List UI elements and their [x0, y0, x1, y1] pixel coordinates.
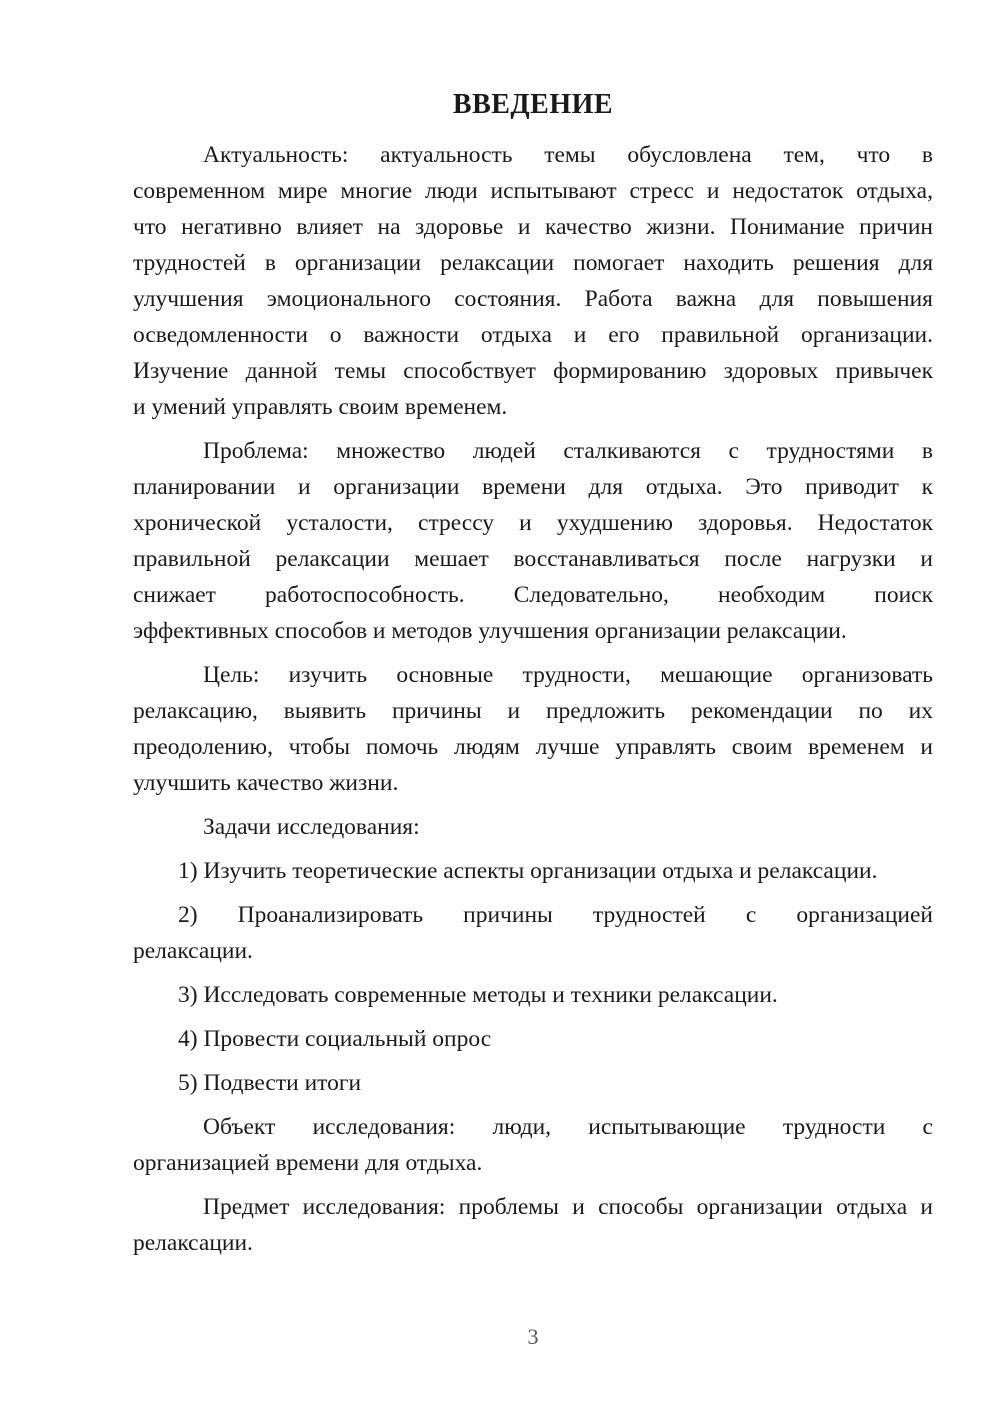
text-line: 4) Провести социальный опрос: [133, 1021, 933, 1057]
paragraph-task-3: 3) Исследовать современные методы и техн…: [133, 977, 933, 1013]
paragraph-object: Объект исследования: люди, испытывающие …: [133, 1109, 933, 1181]
paragraph-actuality: Актуальность: актуальность темы обусловл…: [133, 137, 933, 425]
text-line: 3) Исследовать современные методы и техн…: [133, 977, 933, 1013]
text-line: 5) Подвести итоги: [133, 1065, 933, 1101]
text-line: улучшить качество жизни.: [133, 765, 933, 801]
text-line: улучшения эмоционального состояния. Рабо…: [133, 281, 933, 317]
text-line: преодолению, чтобы помочь людям лучше уп…: [133, 729, 933, 765]
text-line: релаксации.: [133, 1225, 933, 1261]
paragraph-subject: Предмет исследования: проблемы и способы…: [133, 1189, 933, 1261]
text-line: Предмет исследования: проблемы и способы…: [133, 1189, 933, 1225]
page-footer: 3: [133, 1322, 933, 1352]
text-line: 1) Изучить теоретические аспекты организ…: [133, 853, 933, 889]
text-line: хронической усталости, стрессу и ухудшен…: [133, 505, 933, 541]
text-line: Цель: изучить основные трудности, мешающ…: [133, 657, 933, 693]
text-line: правильной релаксации мешает восстанавли…: [133, 541, 933, 577]
text-line: снижает работоспособность. Следовательно…: [133, 577, 933, 613]
text-line: организацией времени для отдыха.: [133, 1145, 933, 1181]
paragraph-task-2: 2) Проанализировать причины трудностей с…: [133, 897, 933, 969]
text-line: трудностей в организации релаксации помо…: [133, 245, 933, 281]
paragraph-task-1: 1) Изучить теоретические аспекты организ…: [133, 853, 933, 889]
paragraph-tasks-heading: Задачи исследования:: [133, 809, 933, 845]
text-line: Изучение данной темы способствует формир…: [133, 353, 933, 389]
paragraph-problem: Проблема: множество людей сталкиваются с…: [133, 433, 933, 649]
text-line: осведомленности о важности отдыха и его …: [133, 317, 933, 353]
paragraph-task-5: 5) Подвести итоги: [133, 1065, 933, 1101]
text-line: современном мире многие люди испытывают …: [133, 173, 933, 209]
text-line: 2) Проанализировать причины трудностей с…: [133, 897, 933, 933]
text-line: Проблема: множество людей сталкиваются с…: [133, 433, 933, 469]
document-content: ВВЕДЕНИЕ Актуальность: актуальность темы…: [133, 85, 933, 1269]
text-line: и умений управлять своим временем.: [133, 389, 933, 425]
text-line: Задачи исследования:: [133, 809, 933, 845]
text-line: релаксации.: [133, 933, 933, 969]
page-number: 3: [528, 1324, 539, 1349]
text-line: релаксацию, выявить причины и предложить…: [133, 693, 933, 729]
text-line: планировании и организации времени для о…: [133, 469, 933, 505]
document-body: Актуальность: актуальность темы обусловл…: [133, 137, 933, 1261]
text-line: эффективных способов и методов улучшения…: [133, 613, 933, 649]
document-title: ВВЕДЕНИЕ: [133, 85, 933, 125]
text-line: Объект исследования: люди, испытывающие …: [133, 1109, 933, 1145]
text-line: Актуальность: актуальность темы обусловл…: [133, 137, 933, 173]
document-page: ВВЕДЕНИЕ Актуальность: актуальность темы…: [0, 0, 1000, 1414]
text-line: что негативно влияет на здоровье и качес…: [133, 209, 933, 245]
paragraph-task-4: 4) Провести социальный опрос: [133, 1021, 933, 1057]
paragraph-goal: Цель: изучить основные трудности, мешающ…: [133, 657, 933, 801]
